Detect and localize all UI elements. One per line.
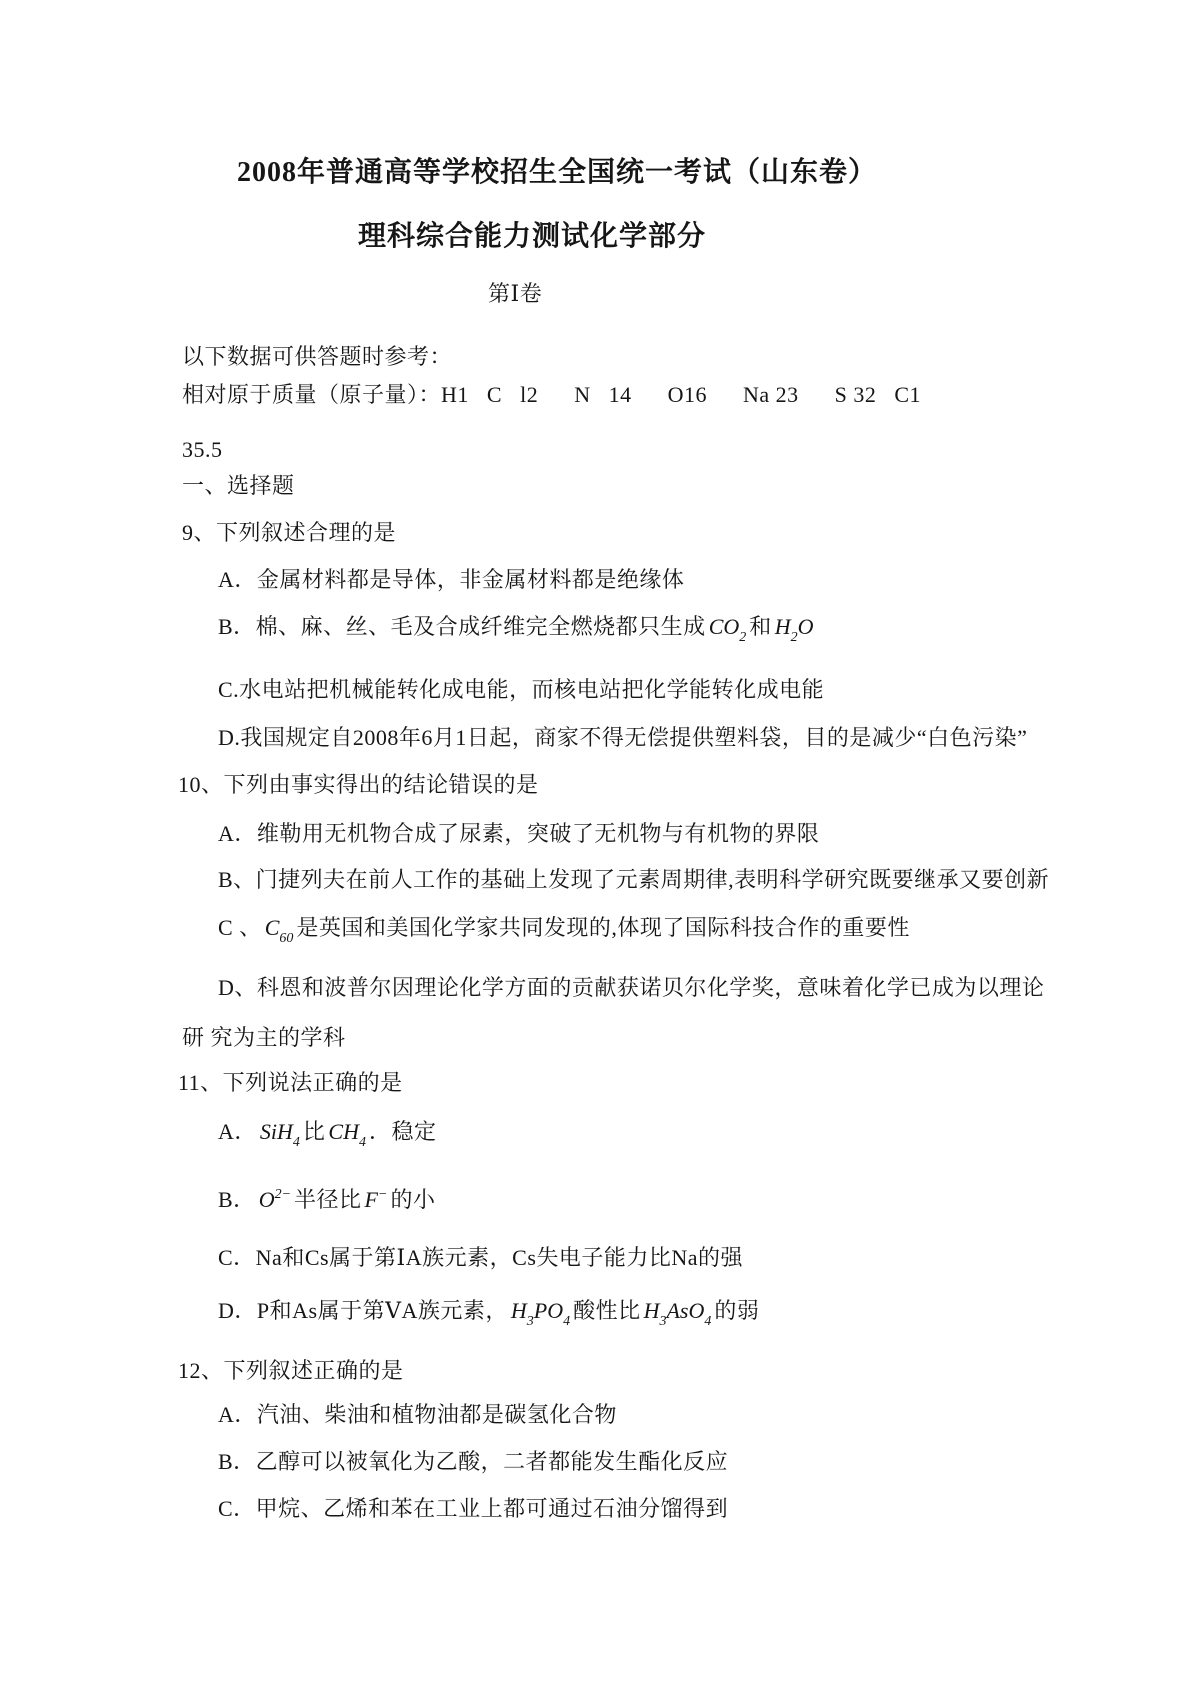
q11-option-a: A．SiH4比CH4．稳定 (218, 1118, 436, 1152)
subscript: 60 (279, 931, 293, 946)
formula-oxide-ion: O2− (256, 1187, 294, 1212)
q11-option-c: C．Na和Cs属于第ⅠA族元素，Cs失电子能力比Na的强 (218, 1244, 743, 1272)
q11-option-b-text: 的小 (390, 1187, 435, 1212)
q11-option-a-text: ．稳定 (369, 1119, 437, 1144)
volume-heading: 第Ⅰ卷 (488, 280, 542, 308)
exam-document-page: 2008年普通高等学校招生全国统一考试（山东卷） 理科综合能力测试化学部分 第Ⅰ… (0, 0, 1200, 1698)
q11-stem: 11、下列说法正确的是 (178, 1069, 403, 1097)
q12-stem: 12、下列叙述正确的是 (178, 1357, 404, 1385)
q11-option-a-label: A． (218, 1119, 257, 1144)
q10-option-a: A．维勒用无机物合成了尿素，突破了无机物与有机物的界限 (218, 820, 819, 848)
q11-option-d: D．P和As属于第ⅤA族元素，H3PO4酸性比H3AsO4的弱 (218, 1297, 759, 1331)
formula-ch4: CH4 (325, 1119, 369, 1144)
atomic-mass-values: H1 C l2 N 14 O16 Na 23 S 32 C1 (441, 382, 921, 407)
exam-subtitle: 理科综合能力测试化学部分 (358, 219, 706, 254)
subscript: 2 (739, 630, 746, 645)
q10-option-c: C 、C60是英国和美国化学家共同发现的,体现了国际科技合作的重要性 (218, 914, 910, 948)
subscript: 4 (359, 1135, 366, 1150)
superscript: 2− (275, 1187, 291, 1202)
q10-option-d: D、科恩和波普尔因理论化学方面的贡献获诺贝尔化学奖，意味着化学已成为以理论 (218, 974, 1044, 1002)
q9-option-b-conjunction: 和 (749, 614, 772, 639)
q10-option-c-label: C 、 (218, 915, 262, 940)
section-1-heading: 一、选择题 (182, 472, 295, 500)
subscript: 4 (293, 1135, 300, 1150)
q12-option-b: B．乙醇可以被氧化为乙酸，二者都能发生酯化反应 (218, 1448, 728, 1476)
q9-option-d: D.我国规定自2008年6月1日起，商家不得无偿提供塑料袋，目的是减少“白色污染… (218, 724, 1027, 752)
q12-option-c: C．甲烷、乙烯和苯在工业上都可通过石油分馏得到 (218, 1495, 728, 1523)
formula-co2: CO2 (706, 614, 750, 639)
q11-option-a-compare: 比 (303, 1119, 326, 1144)
q9-option-a: A．金属材料都是导体，非金属材料都是绝缘体 (218, 566, 684, 594)
q11-option-b: B．O2−半径比F−的小 (218, 1186, 435, 1214)
atomic-mass-label: 相对原于质量（原子量）： (182, 382, 441, 407)
reference-note: 以下数据可供答题时参考： (182, 343, 452, 371)
q11-option-b-compare: 半径比 (294, 1187, 362, 1212)
q9-option-b-text: B．棉、麻、丝、毛及合成纤维完全燃烧都只生成 (218, 614, 706, 639)
q10-stem: 10、下列由事实得出的结论错误的是 (178, 771, 539, 799)
formula-sih4: SiH4 (257, 1119, 303, 1144)
atomic-mass-continuation: 35.5 (182, 436, 223, 464)
q12-option-a: A．汽油、柴油和植物油都是碳氢化合物 (218, 1401, 617, 1429)
q11-option-b-label: B． (218, 1187, 256, 1212)
q11-option-d-tail: 的弱 (714, 1298, 759, 1323)
formula-h3aso4: H3AsO4 (641, 1298, 715, 1323)
q9-stem: 9、下列叙述合理的是 (182, 519, 396, 547)
formula-h2o: H2O (772, 614, 817, 639)
subscript: 4 (563, 1314, 570, 1329)
q9-option-c: C.水电站把机械能转化成电能，而核电站把化学能转化成电能 (218, 676, 824, 704)
q10-option-c-text: 是英国和美国化学家共同发现的,体现了国际科技合作的重要性 (296, 915, 910, 940)
atomic-mass-line: 相对原于质量（原子量）：H1 C l2 N 14 O16 Na 23 S 32 … (182, 381, 921, 409)
q10-option-b: B、门捷列夫在前人工作的基础上发现了元素周期律,表明科学研究既要继承又要创新 (218, 866, 1049, 894)
subscript: 3 (527, 1314, 534, 1329)
q11-option-d-text: D．P和As属于第ⅤA族元素， (218, 1298, 508, 1323)
formula-c60: C60 (262, 915, 297, 940)
formula-h3po4: H3PO4 (508, 1298, 573, 1323)
q10-option-d-continuation: 研 究为主的学科 (182, 1024, 346, 1052)
q9-option-b: B．棉、麻、丝、毛及合成纤维完全燃烧都只生成CO2和H2O (218, 613, 817, 647)
exam-title: 2008年普通高等学校招生全国统一考试（山东卷） (237, 155, 877, 190)
formula-fluoride-ion: F− (362, 1187, 391, 1212)
superscript: − (378, 1187, 387, 1202)
subscript: 2 (791, 630, 798, 645)
q11-option-d-compare: 酸性比 (573, 1298, 641, 1323)
subscript: 4 (704, 1314, 711, 1329)
